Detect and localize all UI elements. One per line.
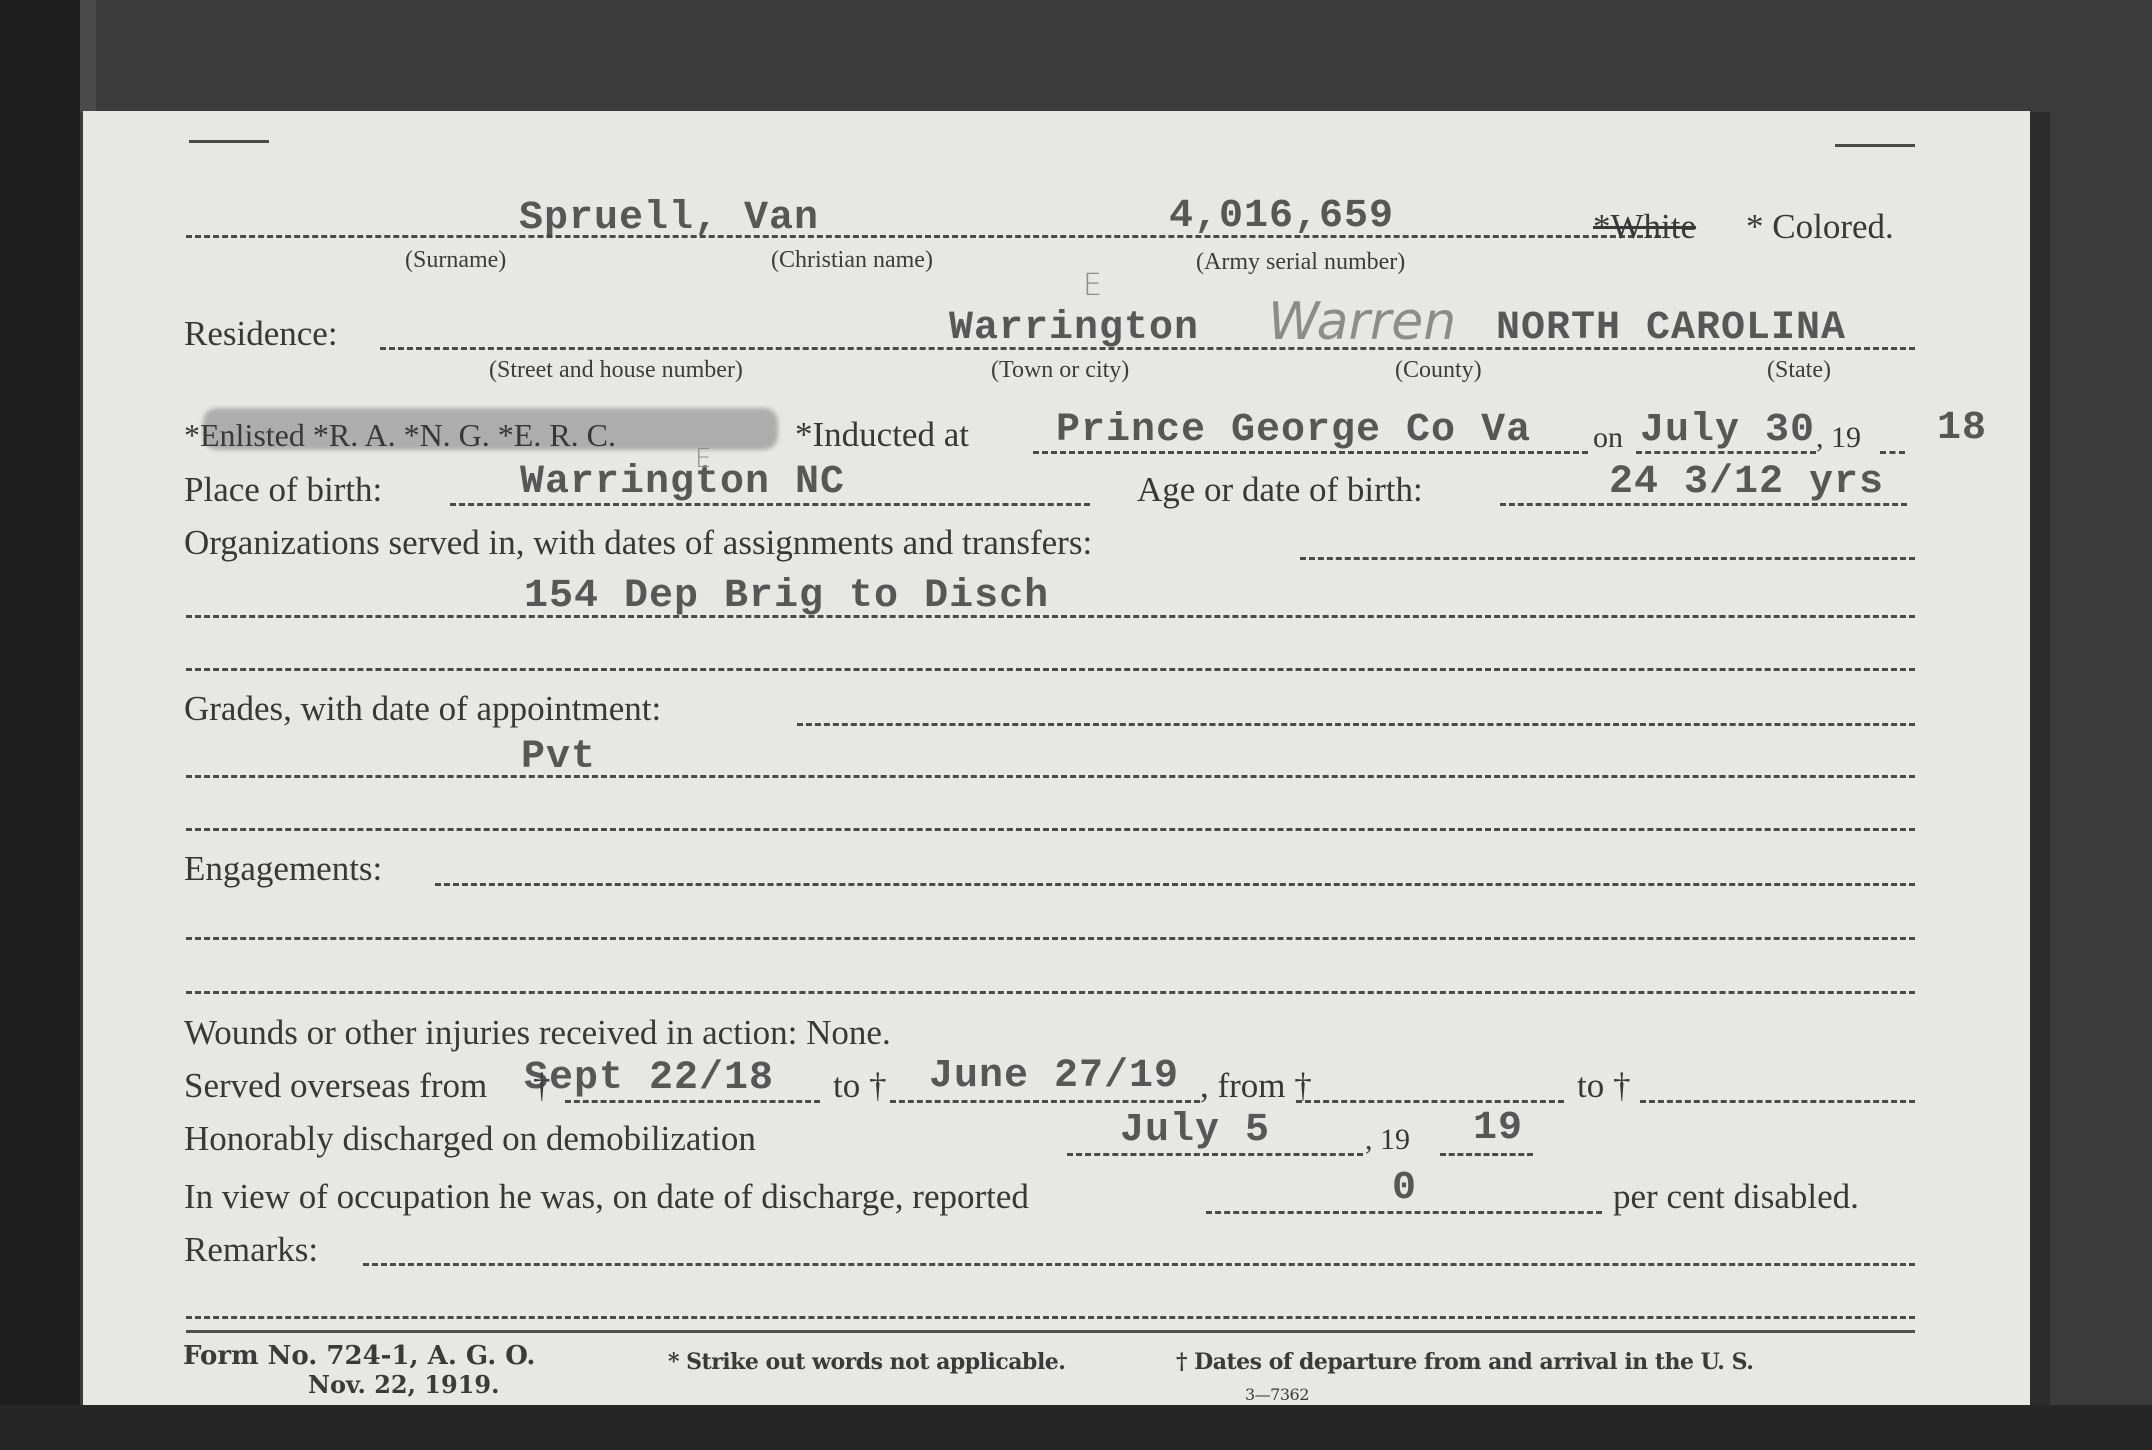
county-label: (County)	[1395, 358, 1482, 382]
residence-label: Residence:	[184, 316, 338, 351]
grades-line-2	[186, 828, 1915, 831]
remarks-line-0	[363, 1263, 1915, 1266]
organizations-line-2	[186, 668, 1915, 671]
street-label: (Street and house number)	[489, 358, 743, 382]
birth-place-correction: E	[695, 446, 711, 472]
overseas-to2-label: to †	[1577, 1068, 1630, 1103]
organizations-line-0	[1300, 557, 1915, 560]
birth-place-label: Place of birth:	[184, 472, 382, 507]
age-value: 24 3/12 yrs	[1609, 463, 1884, 503]
print-code: 3—7362	[1245, 1387, 1309, 1403]
dagger-note: † Dates of departure from and arrival in…	[1176, 1351, 1753, 1373]
surname-value: Spruell, Van	[519, 199, 819, 239]
remarks-label: Remarks:	[184, 1232, 318, 1267]
engagements-label: Engagements:	[184, 851, 382, 886]
top-right-rule	[1835, 144, 1915, 147]
organizations-line-1	[186, 615, 1915, 618]
residence-state-value: NORTH CAROLINA	[1496, 309, 1846, 349]
disability-label: In view of occupation he was, on date of…	[184, 1179, 1029, 1214]
organizations-label: Organizations served in, with dates of a…	[184, 525, 1092, 560]
christian-name-label: (Christian name)	[771, 248, 933, 272]
discharge-year-value: 19	[1473, 1109, 1523, 1149]
enlisted-options: *Enlisted *R. A. *N. G. *E. R. C.	[184, 419, 616, 451]
engagements-line-0	[435, 883, 1915, 886]
scan-background-edge	[80, 0, 96, 112]
grades-line-1	[186, 775, 1915, 778]
card-shadow	[2030, 112, 2050, 1450]
discharge-date-value: July 5	[1120, 1111, 1270, 1151]
scan-background-left	[0, 0, 80, 1450]
state-label: (State)	[1767, 358, 1831, 382]
inducted-place-value: Prince George Co Va	[1056, 411, 1531, 451]
inducted-year-prefix: , 19	[1816, 423, 1861, 453]
discharge-year-prefix: , 19	[1365, 1125, 1410, 1155]
grades-line-0	[797, 723, 1915, 726]
residence-town-correction: E	[1083, 271, 1102, 301]
residence-county-value: Warren	[1268, 296, 1456, 348]
form-number: Form No. 724-1, A. G. O.	[183, 1343, 536, 1369]
overseas-to-line	[890, 1100, 1200, 1103]
engagements-line-1	[186, 937, 1915, 940]
grades-label: Grades, with date of appointment:	[184, 691, 661, 726]
engagements-line-2	[186, 991, 1915, 994]
inducted-year-line	[1880, 451, 1905, 454]
overseas-from-value: Sept 22/18	[524, 1059, 774, 1099]
town-label: (Town or city)	[991, 358, 1129, 382]
scan-background-bottom	[0, 1405, 2152, 1450]
wounds-label: Wounds or other injuries received in act…	[184, 1015, 891, 1050]
overseas-to-label: to †	[833, 1068, 886, 1103]
strike-note: * Strike out words not applicable.	[668, 1351, 1065, 1373]
birth-place-value: Warrington NC	[520, 463, 845, 503]
residence-town-value: Warrington	[949, 309, 1199, 349]
serial-number-label: (Army serial number)	[1196, 250, 1405, 274]
inducted-on-label: on	[1593, 423, 1623, 453]
discharge-label: Honorably discharged on demobilization	[184, 1121, 756, 1156]
top-left-rule	[189, 140, 269, 143]
inducted-date-value: July 30	[1640, 411, 1815, 451]
age-label: Age or date of birth:	[1137, 472, 1423, 507]
disability-line	[1206, 1211, 1602, 1214]
overseas-to-value: June 27/19	[929, 1057, 1179, 1097]
discharge-year-line	[1440, 1153, 1533, 1156]
overseas-from2-label: , from †	[1200, 1068, 1312, 1103]
remarks-line-1	[186, 1316, 1915, 1319]
overseas-to2-line	[1640, 1100, 1915, 1103]
name-line	[186, 235, 1661, 238]
surname-label: (Surname)	[405, 248, 506, 272]
grades-value: Pvt	[521, 738, 596, 778]
footer-rule	[186, 1330, 1915, 1333]
service-record-card: Spruell, Van (Surname) (Christian name) …	[83, 111, 2030, 1405]
inducted-label: *Inducted at	[795, 417, 969, 452]
overseas-label: Served overseas from	[184, 1068, 487, 1103]
disability-suffix: per cent disabled.	[1613, 1179, 1859, 1214]
race-white-struck: *White	[1593, 209, 1696, 244]
serial-number-value: 4,016,659	[1169, 197, 1394, 237]
disability-value: 0	[1392, 1169, 1417, 1209]
inducted-year-value: 18	[1937, 409, 1987, 449]
overseas-from2-line	[1296, 1100, 1564, 1103]
form-date: Nov. 22, 1919.	[308, 1373, 499, 1397]
organizations-value: 154 Dep Brig to Disch	[524, 577, 1049, 617]
race-colored: * Colored.	[1746, 209, 1894, 244]
discharge-date-line	[1067, 1153, 1363, 1156]
